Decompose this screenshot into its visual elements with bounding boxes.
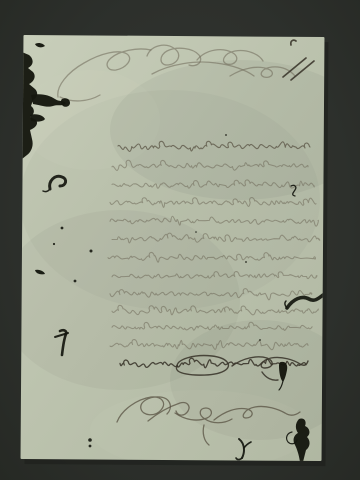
ink-speck: [61, 227, 64, 230]
ink-speck: [53, 243, 55, 245]
scan-canvas: [0, 0, 360, 480]
ink-speck: [225, 134, 227, 136]
ink-speck: [74, 280, 77, 283]
ink-speck: [88, 438, 92, 442]
ink-speck: [89, 445, 92, 448]
ink-speck: [259, 339, 261, 341]
ink-speck: [245, 261, 247, 263]
scanned-document-photo: Scanned handwritten manuscript letter on…: [0, 0, 360, 480]
ink-speck: [90, 250, 93, 253]
paper-highlight: [90, 390, 310, 470]
ink-speck: [195, 231, 197, 233]
